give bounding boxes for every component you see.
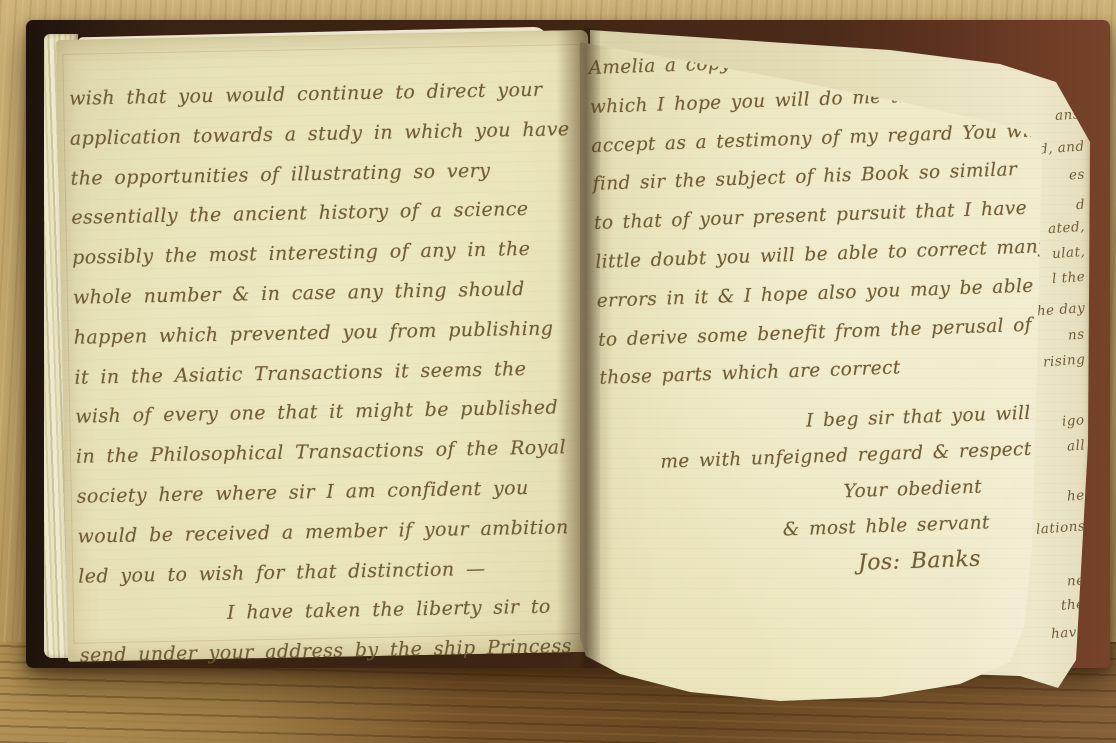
page-edge-text-fragment: ns [1068,326,1086,343]
page-edge-text-fragment: ulat, [1051,244,1085,262]
page-edge-text-fragment: rising [1042,352,1085,371]
left-page-text: wish that you would continue to direct y… [69,70,598,677]
page-edge-text-fragment: es [1069,166,1086,183]
right-page: Amelia a copy of M. Baillies Indian Astr… [580,28,1048,704]
page-edge-text-fragment: l the [1051,269,1085,287]
page-edge-text-fragment: igo [1062,412,1086,430]
page-edge-text-fragment: ated, [1048,219,1086,238]
page-edge-text-fragment: the day [1030,300,1085,320]
photo-scene: — ans, d, and es d ated, ulat, l the the… [0,0,1116,743]
page-edge-text-fragment: he [1067,487,1086,504]
page-edge-text-fragment: d [1075,197,1085,214]
page-edge-text-fragment: all [1066,437,1085,454]
left-page: wish that you would continue to direct y… [56,30,600,662]
page-edge-text-fragment: lations [1035,518,1085,537]
page-edge-text-fragment: d, and [1039,138,1086,157]
